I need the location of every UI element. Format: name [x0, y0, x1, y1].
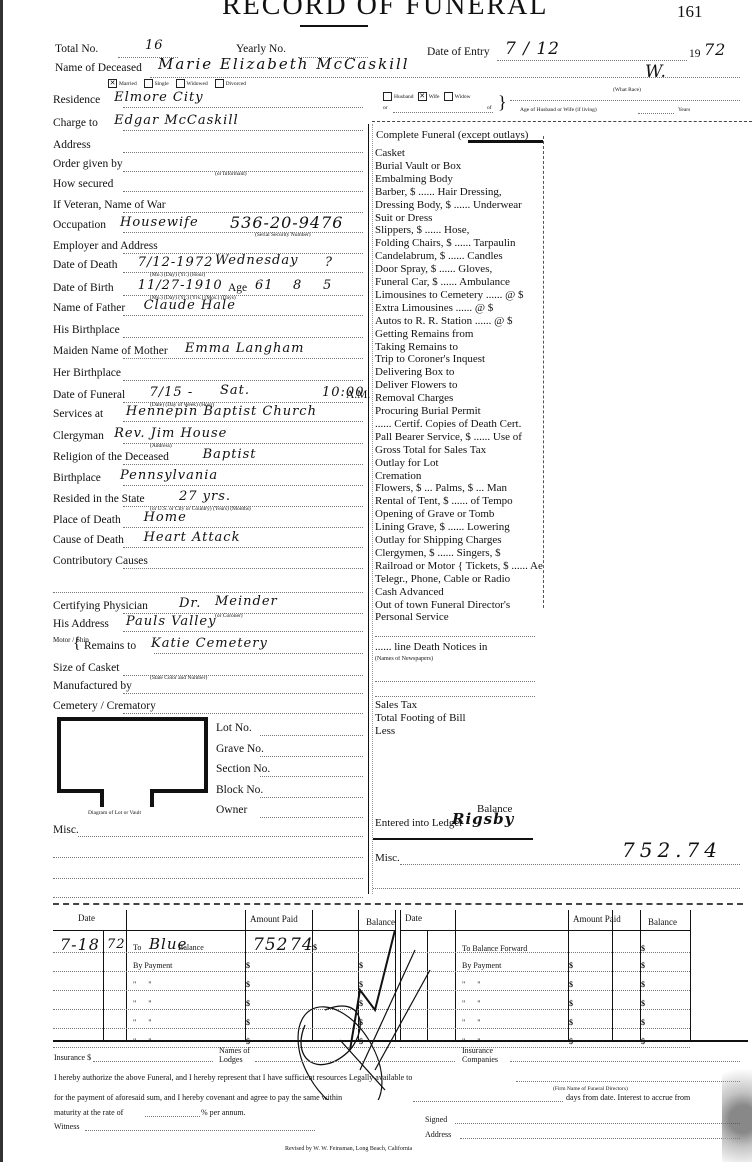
field-value[interactable]: 11/27-1910	[138, 278, 223, 293]
checkbox-wife[interactable]: ✕Wife	[418, 94, 440, 100]
field-value[interactable]: 7/15 -	[150, 385, 194, 400]
field-label: Clergyman	[53, 430, 104, 442]
lot-diagram-caption: Diagram of Lot or Vault	[88, 810, 141, 816]
revised-credit: Revised by W. W. Feinsman, Long Beach, C…	[285, 1146, 412, 1152]
signature-field[interactable]	[455, 1123, 740, 1124]
field-value[interactable]: Housewife	[120, 215, 199, 230]
ledger-row-label: " "	[133, 999, 152, 1008]
ledger-row-label: By Payment	[462, 961, 501, 970]
field-label: Address	[53, 139, 91, 151]
charge-item: Autos to R. R. Station ...... @ $	[375, 315, 543, 327]
charge-item: Clergymen, $ ...... Singers, $	[375, 547, 543, 559]
lot-field-label: Owner	[216, 804, 247, 816]
field-value-extra[interactable]: Wednesday	[215, 253, 298, 268]
lot-field-label: Lot No.	[216, 722, 252, 734]
field-suffix: A.M.	[346, 389, 370, 401]
checkbox-divorced[interactable]: Divorced	[215, 81, 246, 87]
charge-item: Extra Limousines ...... @ $	[375, 302, 543, 314]
checkbox-single[interactable]: Single	[144, 81, 169, 87]
charge-item: Embalming Body	[375, 173, 543, 185]
field-value-extra[interactable]: 536-20-9476	[230, 213, 343, 232]
signed-label: Signed	[425, 1115, 447, 1124]
ledger-signature: Rigsby	[452, 810, 514, 828]
checkbox-husband[interactable]: Husband	[383, 94, 414, 100]
lot-field-input[interactable]	[260, 797, 363, 798]
ledger-row-label: " "	[133, 980, 152, 989]
charge-item: Telegr., Phone, Cable or Radio	[375, 573, 543, 585]
charge-item: Candelabrum, $ ...... Candles	[375, 250, 543, 262]
dollar-sign: $	[246, 999, 250, 1008]
dollar-sign: $	[569, 1018, 573, 1027]
title-underline	[300, 25, 368, 27]
field-caption: (State Color and Number)	[150, 675, 207, 681]
field-label: Religion of the Deceased	[53, 451, 169, 463]
field-label: Certifying Physician	[53, 600, 148, 612]
scan-noise	[722, 1055, 752, 1162]
authorization-line-2-end: days from date. Interest to accrue from	[566, 1093, 690, 1102]
charge-item: Railroad or Motor { Tickets, $ ...... Ae…	[375, 560, 543, 572]
field-value[interactable]: Katie Cemetery	[151, 636, 268, 651]
ledger-row-label: " "	[133, 1018, 152, 1027]
field-value[interactable]: Home	[144, 510, 187, 525]
field-label: Date of Birth	[53, 282, 114, 294]
charge-item: Slippers, $ ...... Hose,	[375, 224, 543, 236]
field-label: Cause of Death	[53, 534, 124, 546]
charge-item: Total Footing of Bill	[375, 712, 543, 724]
field-value[interactable]: Heart Attack	[144, 530, 241, 545]
witness-label: Witness	[54, 1122, 79, 1131]
column-divider	[368, 124, 369, 894]
address-field[interactable]	[460, 1138, 740, 1139]
balance-forward-label: To Balance Forward	[462, 944, 527, 953]
lot-field-input[interactable]	[260, 756, 363, 757]
race-caption: (What Race)	[613, 87, 641, 93]
charge-item: Taking Remains to	[375, 341, 543, 353]
field-caption: (or Coroner)	[215, 613, 243, 619]
ledger-first-row-year[interactable]: 72	[107, 937, 126, 952]
field-age[interactable]: 61	[255, 278, 274, 293]
field-label: Employer and Address	[53, 240, 158, 252]
lot-diagram	[57, 717, 208, 793]
charge-item: Less	[375, 725, 543, 737]
charge-item: Flowers, $ ... Palms, $ ... Man	[375, 482, 543, 494]
charge-item: Removal Charges	[375, 392, 543, 404]
dollar-sign: $	[569, 980, 573, 989]
ledger-header: Date	[78, 913, 95, 923]
ledger-header: Date	[405, 913, 422, 923]
lot-field-input[interactable]	[260, 735, 363, 736]
witness-field[interactable]	[85, 1130, 315, 1131]
field-label: Birthplace	[53, 472, 101, 484]
field-label: How secured	[53, 178, 113, 190]
dollar-sign: $	[641, 944, 645, 953]
field-label: Residence	[53, 94, 100, 106]
ledger-first-row-amount[interactable]: 752	[253, 935, 288, 955]
charge-item: (Names of Newspapers)	[375, 656, 543, 662]
field-label: Cemetery / Crematory	[53, 700, 156, 712]
field-value-extra[interactable]: Sat.	[220, 383, 250, 398]
charge-item: Gross Total for Sales Tax	[375, 444, 543, 456]
misc-right-label: Misc.	[375, 852, 400, 864]
charge-item: Rental of Tent, $ ...... of Tempo	[375, 495, 543, 507]
field-value[interactable]: Elmore City	[114, 90, 204, 105]
field-value[interactable]: Pennsylvania	[120, 468, 218, 483]
charge-item: Burial Vault or Box	[375, 160, 543, 172]
charge-item: Outlay for Lot	[375, 457, 543, 469]
year-prefix: 19	[689, 48, 701, 60]
entered-into-ledger-label: Entered into Ledger	[375, 817, 463, 829]
check-icon: ✕	[418, 92, 427, 101]
field-value[interactable]: Baptist	[203, 447, 257, 462]
brace: {	[73, 635, 81, 653]
ledger-row-label: By Payment	[133, 961, 172, 970]
charge-item: ...... Certif. Copies of Death Cert.	[375, 418, 543, 430]
field-label: His Address	[53, 618, 109, 630]
charge-item: Getting Remains from	[375, 328, 543, 340]
charge-item: Procuring Burial Permit	[375, 405, 543, 417]
yearly-no-label: Yearly No.	[236, 43, 286, 55]
charge-item: Sales Tax	[375, 699, 543, 711]
field-label: Maiden Name of Mother	[53, 345, 168, 357]
year-value[interactable]: 72	[704, 40, 726, 59]
insurance-label: Insurance $	[54, 1053, 91, 1062]
charges-header-rule	[468, 140, 543, 143]
date-of-entry-value[interactable]: 7 / 12	[505, 39, 560, 59]
dollar-sign: $	[569, 961, 573, 970]
field-label: Date of Funeral	[53, 389, 125, 401]
charge-item: ...... line Death Notices in	[375, 641, 543, 653]
name-of-deceased-value[interactable]: Marie Elizabeth McCaskill	[158, 55, 410, 73]
field-value[interactable]: Emma Langham	[185, 341, 305, 356]
field-label: Contributory Causes	[53, 555, 148, 567]
brace: }	[498, 92, 507, 113]
dollar-sign: $	[641, 961, 645, 970]
charge-item: Barber, $ ...... Hair Dressing,	[375, 186, 543, 198]
field-label: Date of Death	[53, 259, 118, 271]
lot-field-label: Grave No.	[216, 743, 264, 755]
field-label: Remains to	[84, 640, 136, 652]
dollar-sign: $	[246, 1018, 250, 1027]
charge-item: Deliver Flowers to	[375, 379, 543, 391]
charge-item: Dressing Body, $ ...... Underwear	[375, 199, 543, 211]
field-caption: (or Informant)	[215, 171, 247, 177]
or-label: or	[383, 105, 388, 111]
total-no-value[interactable]: 16	[145, 38, 164, 53]
charge-item: Cash Advanced	[375, 586, 543, 598]
lot-field-label: Section No.	[216, 763, 270, 775]
ledger-header: Amount Paid	[573, 914, 621, 924]
misc-amount-value[interactable]: 752.74	[622, 838, 722, 862]
field-value[interactable]: Hennepin Baptist Church	[126, 404, 317, 419]
field-caption: (Address)	[150, 443, 172, 449]
field-value[interactable]: Rev. Jim House	[114, 426, 227, 441]
charge-item: Delivering Box to	[375, 366, 543, 378]
charge-item: Door Spray, $ ...... Gloves,	[375, 263, 543, 275]
ledger-row-label: " "	[462, 999, 481, 1008]
field-value[interactable]: 27 yrs.	[179, 489, 231, 504]
spouse-type-group: Husband ✕Wife Widow	[383, 92, 471, 101]
charge-item: Casket	[375, 147, 543, 159]
checkbox-widow[interactable]: Widow	[444, 94, 471, 100]
checkbox-married[interactable]: ✕Married	[108, 81, 137, 87]
page-title: RECORD OF FUNERAL	[222, 0, 548, 22]
name-of-deceased-label: Name of Deceased	[55, 62, 142, 74]
field-age-label: Age	[228, 282, 247, 294]
percent-label: % per annum.	[201, 1108, 246, 1117]
field-value[interactable]: Claude Hale	[144, 298, 236, 313]
left-binding-edge	[0, 0, 3, 1162]
field-label: Her Birthplace	[53, 367, 121, 379]
check-icon: ✕	[108, 79, 117, 88]
total-no-label: Total No.	[55, 43, 98, 55]
field-value-extra[interactable]: Meinder	[215, 594, 278, 609]
dollar-sign: $	[246, 961, 250, 970]
race-value[interactable]: W.	[645, 62, 667, 82]
ledger-first-row-date[interactable]: 7-18	[60, 935, 100, 954]
field-value[interactable]: Pauls Valley	[126, 614, 217, 629]
ledger-first-row-desc-prefix: To	[133, 943, 141, 952]
field-label: Order given by	[53, 158, 123, 170]
field-value-extra2[interactable]: ?	[325, 255, 333, 270]
charge-item: Out of town Funeral Director's	[375, 599, 543, 611]
firm-caption: (Firm Name of Funeral Directors)	[553, 1086, 628, 1092]
field-label: Resided in the State	[53, 493, 145, 505]
page-number: 161	[677, 2, 703, 22]
lot-field-input[interactable]	[260, 817, 363, 818]
field-days[interactable]: 5	[323, 278, 332, 293]
field-label: Charge to	[53, 117, 98, 129]
lot-field-input[interactable]	[260, 776, 363, 777]
charges-right-edge	[543, 136, 545, 608]
years-label: Years	[678, 107, 690, 113]
charge-item: Suit or Dress	[375, 212, 543, 224]
field-label: Size of Casket	[53, 662, 119, 674]
authorization-line-3: maturity at the rate of	[54, 1108, 123, 1117]
age-spouse-label: Age of Husband or Wife (if living)	[520, 107, 597, 113]
ledger-header: Balance	[648, 917, 677, 927]
ledger-header: Amount Paid	[250, 914, 298, 924]
lot-field-label: Block No.	[216, 784, 263, 796]
dollar-sign: $	[641, 999, 645, 1008]
date-of-entry-label: Date of Entry	[427, 46, 490, 58]
field-label: Name of Father	[53, 302, 125, 314]
ledger-row-label: " "	[462, 1018, 481, 1027]
ledger-first-row-desc-suffix: Balance	[178, 943, 204, 952]
charge-item: Lining Grave, $ ...... Lowering	[375, 521, 543, 533]
charge-item: Funeral Car, $ ...... Ambulance	[375, 276, 543, 288]
authorization-line-1: I hereby authorize the above Funeral, an…	[54, 1073, 412, 1082]
checkbox-widowed[interactable]: Widowed	[176, 81, 208, 87]
charge-item: Cremation	[375, 470, 543, 482]
field-label: His Birthplace	[53, 324, 120, 336]
of-label: of	[487, 105, 492, 111]
charge-item: Opening of Grave or Tomb	[375, 508, 543, 520]
field-label: Services at	[53, 408, 103, 420]
charge-item: Trip to Coroner's Inquest	[375, 353, 543, 365]
misc-left-label: Misc.	[53, 824, 79, 836]
charge-item: Personal Service	[375, 611, 543, 623]
field-caption: (Serial Security Number)	[255, 232, 311, 238]
dollar-sign: $	[246, 980, 250, 989]
charge-item: Limousines to Cemetery ...... @ $	[375, 289, 543, 301]
field-value[interactable]: 7/12-1972	[138, 255, 214, 270]
field-value[interactable]: Dr.	[179, 596, 201, 611]
charge-item: Folding Chairs, $ ...... Tarpaulin	[375, 237, 543, 249]
authorization-line-2: for the payment of aforesaid sum, and I …	[54, 1093, 342, 1102]
address-label: Address	[425, 1130, 451, 1139]
field-label: Place of Death	[53, 514, 121, 526]
field-months[interactable]: 8	[293, 278, 302, 293]
dollar-sign: $	[641, 1018, 645, 1027]
dollar-sign: $	[569, 999, 573, 1008]
ledger-row-label: " "	[462, 980, 481, 989]
field-label: Manufactured by	[53, 680, 132, 692]
field-value[interactable]: Edgar McCaskill	[114, 113, 239, 128]
marital-status-group: ✕Married Single Widowed Divorced	[108, 79, 246, 88]
field-label: Occupation	[53, 219, 106, 231]
charge-item: Outlay for Shipping Charges	[375, 534, 543, 546]
dollar-sign: $	[641, 980, 645, 989]
ledger-header: Balance	[366, 917, 395, 927]
field-label: If Veteran, Name of War	[53, 199, 166, 211]
charge-item: Pall Bearer Service, $ ...... Use of	[375, 431, 543, 443]
